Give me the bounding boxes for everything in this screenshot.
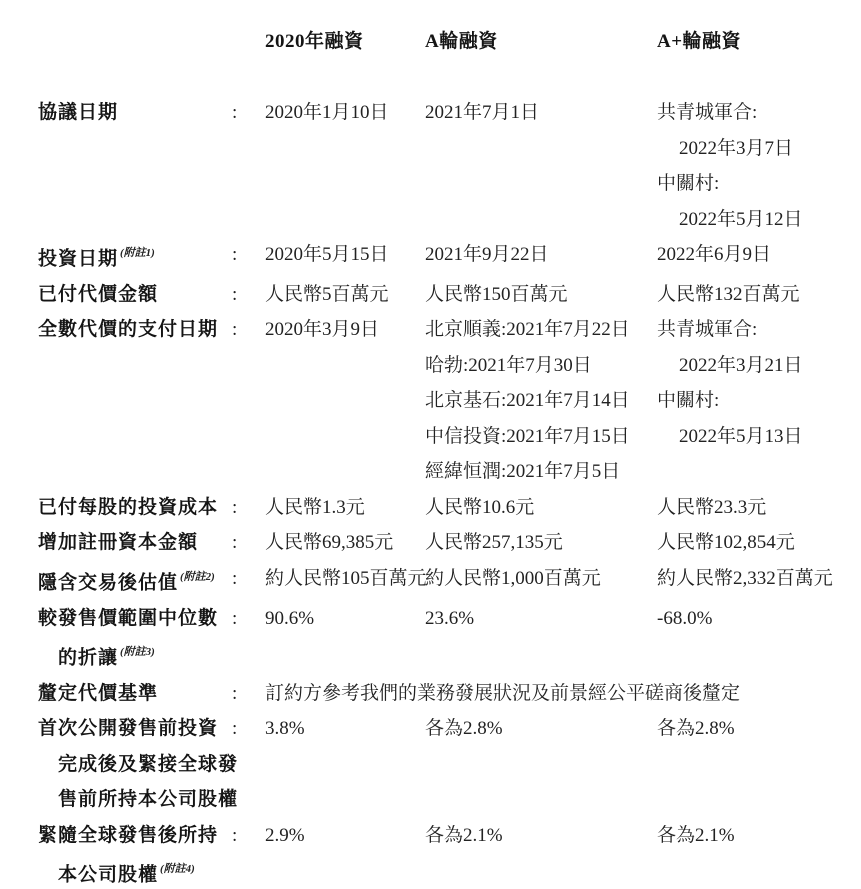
header-spacer <box>232 26 265 53</box>
colon-separator: : <box>232 312 265 490</box>
colon-separator: : <box>232 95 265 237</box>
table-row-cost-per-share: 已付每股的投資成本 : 人民幣1.3元 人民幣10.6元 人民幣23.3元 <box>38 490 841 526</box>
colon-separator: : <box>232 561 265 601</box>
table-row-pre-ipo-shareholding: 首次公開發售前投資 完成後及緊接全球發 售前所持本公司股權 : 3.8% 各為2… <box>38 711 841 818</box>
row-label: 首次公開發售前投資 完成後及緊接全球發 售前所持本公司股權 <box>38 711 232 818</box>
cell-series-a: 人民幣257,135元 <box>425 525 657 561</box>
cell-2020-financing: 90.6% <box>265 601 425 676</box>
cell-series-a-plus: -68.0% <box>657 601 841 676</box>
cell-series-a-plus: 2022年6月9日 <box>657 237 841 277</box>
cell-series-a-plus: 人民幣132百萬元 <box>657 277 841 313</box>
table-row-basis-of-consideration: 釐定代價基準 : 訂約方參考我們的業務發展狀況及前景經公平磋商後釐定 <box>38 676 841 712</box>
row-label: 較發售價範圍中位數 的折讓(附註3) <box>38 601 232 676</box>
cell-2020-financing: 人民幣1.3元 <box>265 490 425 526</box>
cell-series-a: 23.6% <box>425 601 657 676</box>
cell-series-a: 約人民幣1,000百萬元 <box>425 561 657 601</box>
cell-series-a-plus: 各為2.8% <box>657 711 841 818</box>
table-row-full-payment-date: 全數代價的支付日期 : 2020年3月9日 北京順義:2021年7月22日 哈勃… <box>38 312 841 490</box>
table-row-registered-capital-increase: 增加註冊資本金額 : 人民幣69,385元 人民幣257,135元 人民幣102… <box>38 525 841 561</box>
cell-spanning-value: 訂約方參考我們的業務發展狀況及前景經公平磋商後釐定 <box>265 676 841 712</box>
cell-series-a: 各為2.1% <box>425 818 657 889</box>
cell-2020-financing: 3.8% <box>265 711 425 818</box>
table-row-implied-valuation: 隱含交易後估值(附註2) : 約人民幣105百萬元 約人民幣1,000百萬元 約… <box>38 561 841 601</box>
column-header-series-a-plus: A+輪融資 <box>657 26 841 53</box>
cell-series-a-plus: 共青城軍合: 2022年3月7日 中關村: 2022年5月12日 <box>657 95 841 237</box>
table-header-row: 2020年融資 A輪融資 A+輪融資 <box>38 26 841 53</box>
cell-series-a: 2021年9月22日 <box>425 237 657 277</box>
row-label: 協議日期 <box>38 95 232 237</box>
footnote-ref-3: (附註3) <box>120 646 155 658</box>
table-row-post-offering-shareholding: 緊隨全球發售後所持 本公司股權(附註4) : 2.9% 各為2.1% 各為2.1… <box>38 818 841 889</box>
cell-2020-financing: 2020年1月10日 <box>265 95 425 237</box>
header-spacer <box>38 26 232 53</box>
colon-separator: : <box>232 525 265 561</box>
footnote-ref-1: (附註1) <box>120 247 155 259</box>
footnote-ref-4: (附註4) <box>160 863 195 875</box>
cell-2020-financing: 人民幣5百萬元 <box>265 277 425 313</box>
colon-separator: : <box>232 601 265 676</box>
cell-series-a: 人民幣10.6元 <box>425 490 657 526</box>
footnote-ref-2: (附註2) <box>180 571 215 583</box>
cell-series-a: 各為2.8% <box>425 711 657 818</box>
table-row-consideration-paid: 已付代價金額 : 人民幣5百萬元 人民幣150百萬元 人民幣132百萬元 <box>38 277 841 313</box>
colon-separator: : <box>232 711 265 818</box>
table-row-investment-date: 投資日期(附註1) : 2020年5月15日 2021年9月22日 2022年6… <box>38 237 841 277</box>
row-label: 增加註冊資本金額 <box>38 525 232 561</box>
cell-series-a: 2021年7月1日 <box>425 95 657 237</box>
colon-separator: : <box>232 490 265 526</box>
cell-series-a-plus: 人民幣23.3元 <box>657 490 841 526</box>
row-label: 已付代價金額 <box>38 277 232 313</box>
column-header-series-a: A輪融資 <box>425 26 657 53</box>
cell-series-a-plus: 各為2.1% <box>657 818 841 889</box>
row-label: 已付每股的投資成本 <box>38 490 232 526</box>
colon-separator: : <box>232 237 265 277</box>
cell-series-a: 北京順義:2021年7月22日 哈勃:2021年7月30日 北京基石:2021年… <box>425 312 657 490</box>
row-label: 投資日期(附註1) <box>38 237 232 277</box>
row-label: 隱含交易後估值(附註2) <box>38 561 232 601</box>
colon-separator: : <box>232 818 265 889</box>
cell-2020-financing: 2020年3月9日 <box>265 312 425 490</box>
cell-2020-financing: 人民幣69,385元 <box>265 525 425 561</box>
cell-2020-financing: 2.9% <box>265 818 425 889</box>
row-label: 緊隨全球發售後所持 本公司股權(附註4) <box>38 818 232 889</box>
table-row-agreement-date: 協議日期 : 2020年1月10日 2021年7月1日 共青城軍合: 2022年… <box>38 95 841 237</box>
cell-series-a: 人民幣150百萬元 <box>425 277 657 313</box>
prospectus-financing-table-page: 2020年融資 A輪融資 A+輪融資 協議日期 : 2020年1月10日 202… <box>0 0 861 889</box>
cell-2020-financing: 2020年5月15日 <box>265 237 425 277</box>
cell-2020-financing: 約人民幣105百萬元 <box>265 561 425 601</box>
cell-series-a-plus: 人民幣102,854元 <box>657 525 841 561</box>
cell-series-a-plus: 共青城軍合: 2022年3月21日 中關村: 2022年5月13日 <box>657 312 841 490</box>
row-label: 全數代價的支付日期 <box>38 312 232 490</box>
column-header-2020-financing: 2020年融資 <box>265 26 425 53</box>
colon-separator: : <box>232 277 265 313</box>
colon-separator: : <box>232 676 265 712</box>
row-label: 釐定代價基準 <box>38 676 232 712</box>
cell-series-a-plus: 約人民幣2,332百萬元 <box>657 561 841 601</box>
table-row-discount-to-midpoint: 較發售價範圍中位數 的折讓(附註3) : 90.6% 23.6% -68.0% <box>38 601 841 676</box>
